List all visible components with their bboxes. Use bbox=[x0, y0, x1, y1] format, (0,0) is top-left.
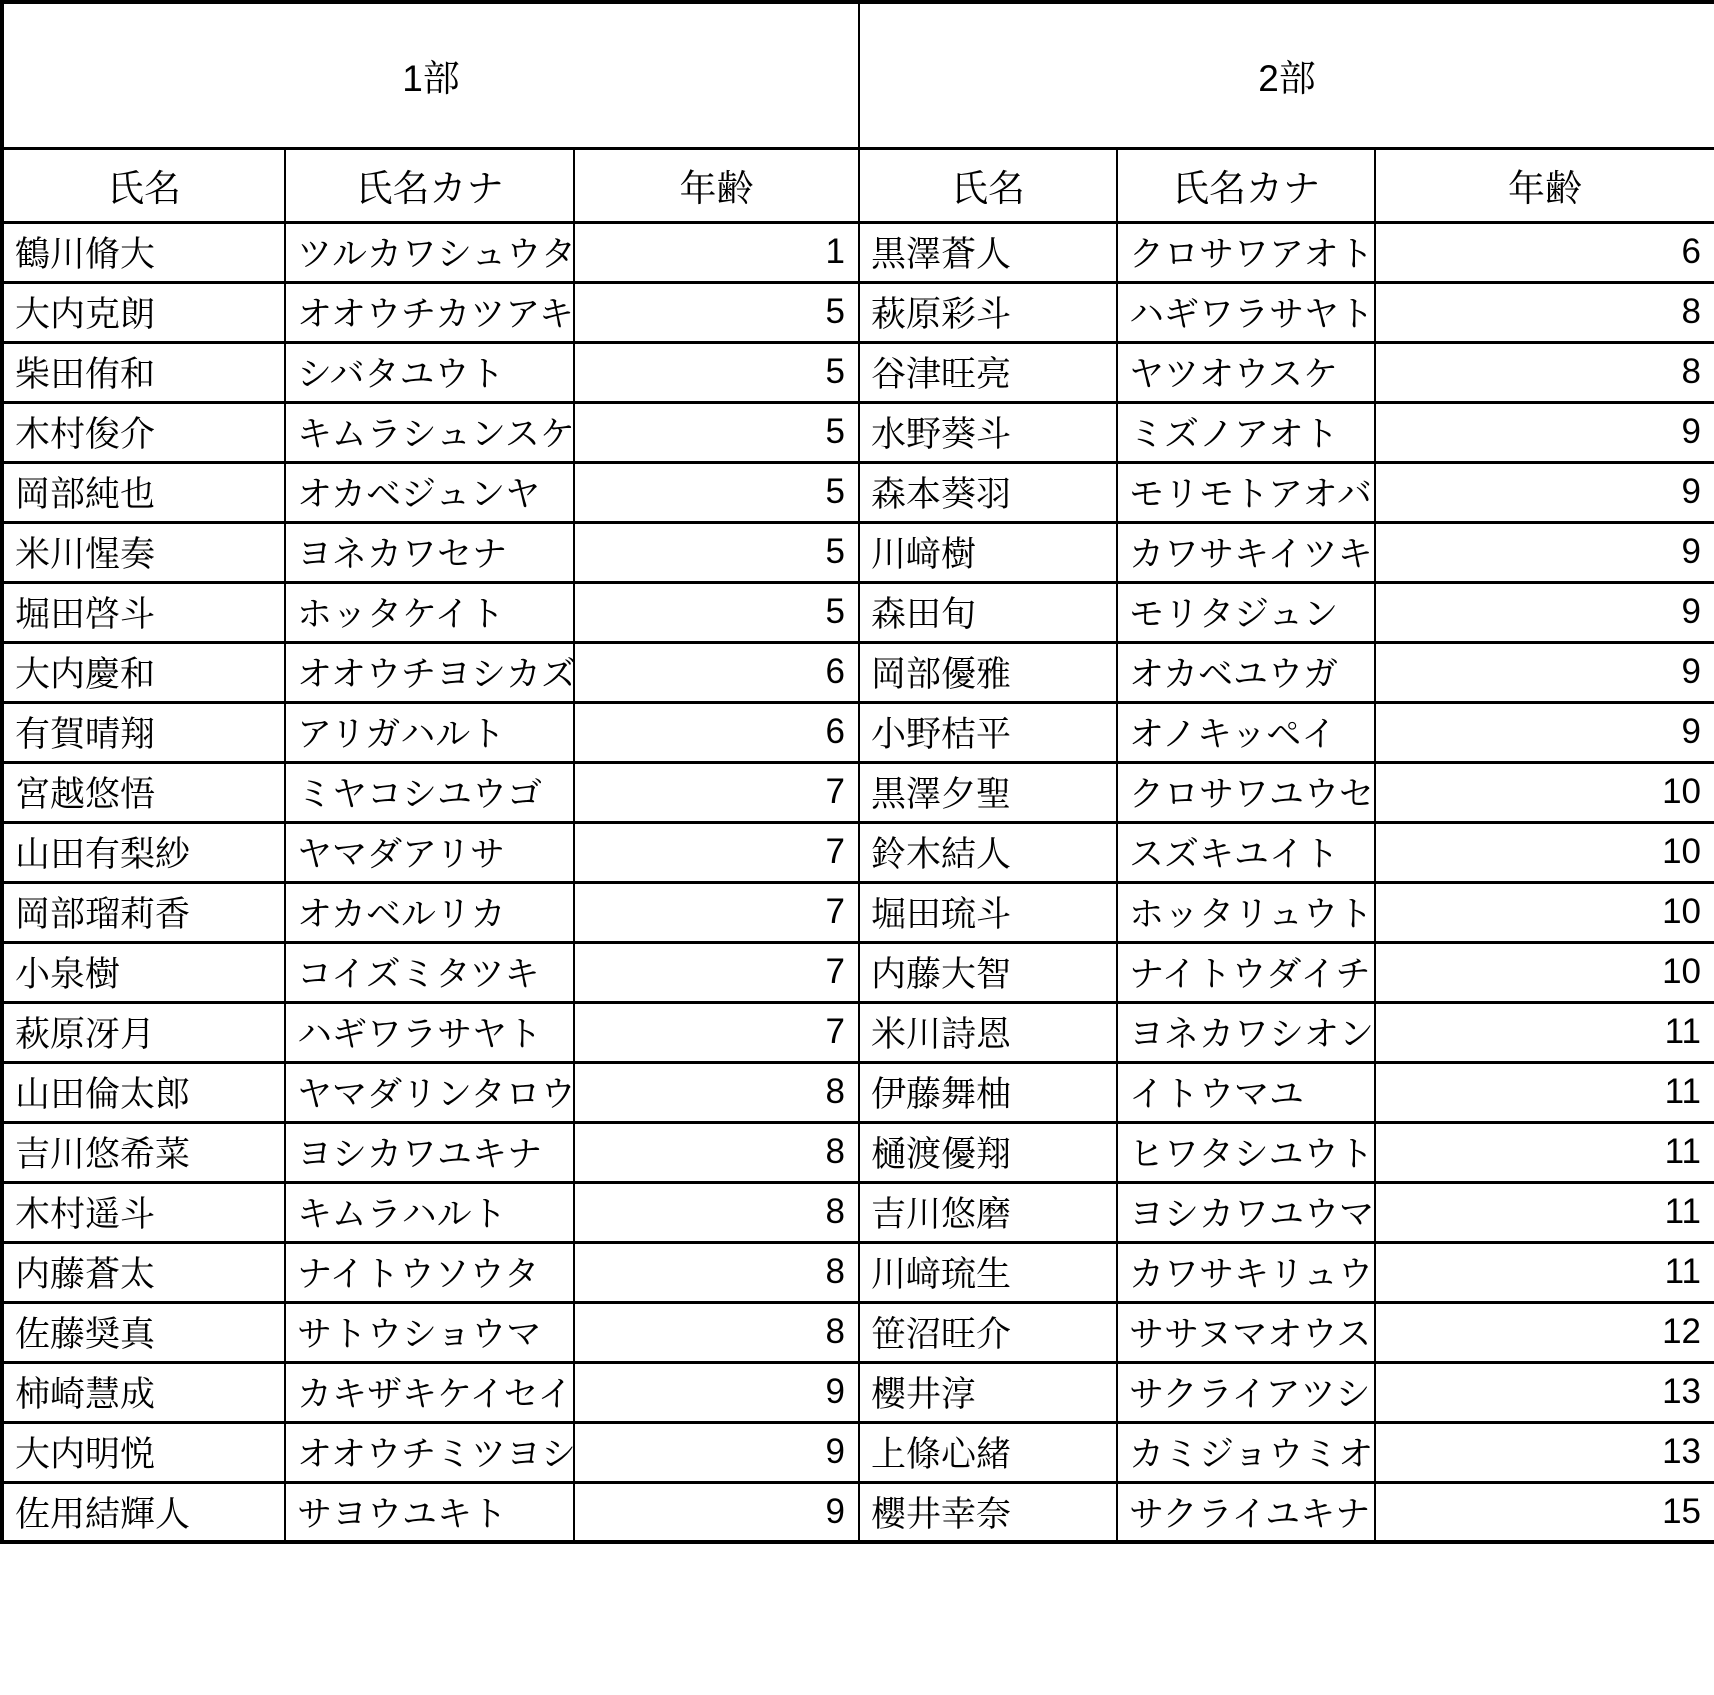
part1-age-cell: 8 bbox=[574, 1062, 859, 1122]
part2-kana-cell: スズキユイト bbox=[1117, 822, 1375, 882]
part1-kana-cell: サトウショウマ bbox=[285, 1302, 574, 1362]
part2-kana-cell: ナイトウダイチ bbox=[1117, 942, 1375, 1002]
part1-kana-cell: ハギワラサヤト bbox=[285, 1002, 574, 1062]
part1-age-cell: 8 bbox=[574, 1242, 859, 1302]
part2-kana-cell: ヤツオウスケ bbox=[1117, 342, 1375, 402]
part2-kana-cell: オカベユウガ bbox=[1117, 642, 1375, 702]
part2-kana-cell: ホッタリュウト bbox=[1117, 882, 1375, 942]
table-row: 柿崎慧成カキザキケイセイ9櫻井淳サクライアツシ13 bbox=[2, 1362, 1714, 1422]
table-row: 宮越悠悟ミヤコシユウゴ7黒澤夕聖クロサワユウセイ10 bbox=[2, 762, 1714, 822]
part2-kana-cell: サクライアツシ bbox=[1117, 1362, 1375, 1422]
part1-name-cell: 堀田啓斗 bbox=[2, 582, 285, 642]
part1-age-cell: 5 bbox=[574, 282, 859, 342]
table-row: 吉川悠希菜ヨシカワユキナ8樋渡優翔ヒワタシユウト11 bbox=[2, 1122, 1714, 1182]
part2-kana-cell: ミズノアオト bbox=[1117, 402, 1375, 462]
table-row: 岡部純也オカベジュンヤ5森本葵羽モリモトアオバ9 bbox=[2, 462, 1714, 522]
roster-table-header: 1部 2部 氏名 氏名カナ 年齢 氏名 氏名カナ 年齢 bbox=[2, 2, 1714, 222]
part1-kana-cell: ツルカワシュウタ bbox=[285, 222, 574, 282]
table-row: 木村遥斗キムラハルト8吉川悠磨ヨシカワユウマ11 bbox=[2, 1182, 1714, 1242]
part2-kana-cell: ヨネカワシオン bbox=[1117, 1002, 1375, 1062]
part1-kana-cell: ミヤコシユウゴ bbox=[285, 762, 574, 822]
part2-age-cell: 11 bbox=[1375, 1242, 1714, 1302]
part1-name-cell: 吉川悠希菜 bbox=[2, 1122, 285, 1182]
part1-kana-cell: キムラハルト bbox=[285, 1182, 574, 1242]
table-row: 山田有梨紗ヤマダアリサ7鈴木結人スズキユイト10 bbox=[2, 822, 1714, 882]
part2-age-cell: 10 bbox=[1375, 762, 1714, 822]
part2-age-cell: 10 bbox=[1375, 882, 1714, 942]
part1-age-cell: 7 bbox=[574, 822, 859, 882]
part2-name-cell: 川﨑樹 bbox=[859, 522, 1117, 582]
part1-kana-cell: カキザキケイセイ bbox=[285, 1362, 574, 1422]
table-row: 大内克朗オオウチカツアキ5萩原彩斗ハギワラサヤト8 bbox=[2, 282, 1714, 342]
part2-age-cell: 6 bbox=[1375, 222, 1714, 282]
part1-name-cell: 大内明悦 bbox=[2, 1422, 285, 1482]
part2-name-cell: 米川詩恩 bbox=[859, 1002, 1117, 1062]
part2-age-cell: 11 bbox=[1375, 1002, 1714, 1062]
part2-kana-cell: ヨシカワユウマ bbox=[1117, 1182, 1375, 1242]
table-row: 萩原冴月ハギワラサヤト7米川詩恩ヨネカワシオン11 bbox=[2, 1002, 1714, 1062]
part2-kana-cell: モリタジュン bbox=[1117, 582, 1375, 642]
part1-title: 1部 bbox=[2, 2, 859, 148]
part1-name-cell: 有賀晴翔 bbox=[2, 702, 285, 762]
table-row: 佐用結輝人サヨウユキト9櫻井幸奈サクライユキナ15 bbox=[2, 1482, 1714, 1542]
part1-age-cell: 5 bbox=[574, 522, 859, 582]
part1-age-cell: 8 bbox=[574, 1122, 859, 1182]
part2-name-cell: 内藤大智 bbox=[859, 942, 1117, 1002]
part1-kana-cell: アリガハルト bbox=[285, 702, 574, 762]
roster-table-body: 鶴川脩大ツルカワシュウタ1黒澤蒼人クロサワアオト6大内克朗オオウチカツアキ5萩原… bbox=[2, 222, 1714, 1542]
table-row: 米川惺奏ヨネカワセナ5川﨑樹カワサキイツキ9 bbox=[2, 522, 1714, 582]
part1-age-cell: 5 bbox=[574, 582, 859, 642]
part2-name-cell: 川﨑琉生 bbox=[859, 1242, 1117, 1302]
part2-kana-cell: サクライユキナ bbox=[1117, 1482, 1375, 1542]
part2-age-cell: 11 bbox=[1375, 1122, 1714, 1182]
part1-name-cell: 米川惺奏 bbox=[2, 522, 285, 582]
part2-name-cell: 櫻井幸奈 bbox=[859, 1482, 1117, 1542]
table-row: 佐藤奨真サトウショウマ8笹沼旺介ササヌマオウスケ12 bbox=[2, 1302, 1714, 1362]
part1-name-cell: 大内克朗 bbox=[2, 282, 285, 342]
part1-kana-cell: キムラシュンスケ bbox=[285, 402, 574, 462]
part2-age-cell: 10 bbox=[1375, 822, 1714, 882]
part1-kana-cell: ナイトウソウタ bbox=[285, 1242, 574, 1302]
part2-kana-cell: モリモトアオバ bbox=[1117, 462, 1375, 522]
part1-age-cell: 8 bbox=[574, 1182, 859, 1242]
part2-name-cell: 櫻井淳 bbox=[859, 1362, 1117, 1422]
part1-age-cell: 8 bbox=[574, 1302, 859, 1362]
part2-name-cell: 黒澤夕聖 bbox=[859, 762, 1117, 822]
part1-age-cell: 6 bbox=[574, 642, 859, 702]
part2-age-cell: 13 bbox=[1375, 1362, 1714, 1422]
part2-title: 2部 bbox=[859, 2, 1714, 148]
roster-table: 1部 2部 氏名 氏名カナ 年齢 氏名 氏名カナ 年齢 鶴川脩大ツルカワシュウタ… bbox=[0, 0, 1714, 1544]
part2-age-cell: 11 bbox=[1375, 1182, 1714, 1242]
part2-kana-cell: クロサワアオト bbox=[1117, 222, 1375, 282]
part1-age-cell: 7 bbox=[574, 942, 859, 1002]
part2-age-cell: 12 bbox=[1375, 1302, 1714, 1362]
part1-kana-cell: ヨネカワセナ bbox=[285, 522, 574, 582]
part2-kana-cell: カワサキイツキ bbox=[1117, 522, 1375, 582]
part2-age-cell: 9 bbox=[1375, 702, 1714, 762]
part1-kana-cell: シバタユウト bbox=[285, 342, 574, 402]
part2-age-cell: 9 bbox=[1375, 642, 1714, 702]
part1-name-cell: 内藤蒼太 bbox=[2, 1242, 285, 1302]
part1-name-cell: 山田有梨紗 bbox=[2, 822, 285, 882]
table-row: 柴田侑和シバタユウト5谷津旺亮ヤツオウスケ8 bbox=[2, 342, 1714, 402]
table-row: 堀田啓斗ホッタケイト5森田旬モリタジュン9 bbox=[2, 582, 1714, 642]
part2-kana-cell: カミジョウミオ bbox=[1117, 1422, 1375, 1482]
part2-kana-cell: カワサキリュウ bbox=[1117, 1242, 1375, 1302]
part2-kana-cell: ハギワラサヤト bbox=[1117, 282, 1375, 342]
part1-name-cell: 鶴川脩大 bbox=[2, 222, 285, 282]
part1-age-cell: 1 bbox=[574, 222, 859, 282]
part1-kana-cell: ホッタケイト bbox=[285, 582, 574, 642]
table-row: 有賀晴翔アリガハルト6小野桔平オノキッペイ9 bbox=[2, 702, 1714, 762]
part2-name-cell: 樋渡優翔 bbox=[859, 1122, 1117, 1182]
part1-name-cell: 柴田侑和 bbox=[2, 342, 285, 402]
part2-name-cell: 堀田琉斗 bbox=[859, 882, 1117, 942]
part2-kana-cell: ヒワタシユウト bbox=[1117, 1122, 1375, 1182]
part1-age-cell: 5 bbox=[574, 342, 859, 402]
part2-age-cell: 9 bbox=[1375, 522, 1714, 582]
column-header-row: 氏名 氏名カナ 年齢 氏名 氏名カナ 年齢 bbox=[2, 148, 1714, 222]
part1-kana-cell: ヤマダリンタロウ bbox=[285, 1062, 574, 1122]
part2-age-cell: 9 bbox=[1375, 582, 1714, 642]
part2-age-cell: 11 bbox=[1375, 1062, 1714, 1122]
part2-age-cell: 13 bbox=[1375, 1422, 1714, 1482]
part2-name-cell: 萩原彩斗 bbox=[859, 282, 1117, 342]
table-row: 木村俊介キムラシュンスケ5水野葵斗ミズノアオト9 bbox=[2, 402, 1714, 462]
part1-name-cell: 木村遥斗 bbox=[2, 1182, 285, 1242]
part1-age-cell: 5 bbox=[574, 402, 859, 462]
part2-age-header: 年齢 bbox=[1375, 148, 1714, 222]
part2-name-cell: 森本葵羽 bbox=[859, 462, 1117, 522]
table-row: 岡部瑠莉香オカベルリカ7堀田琉斗ホッタリュウト10 bbox=[2, 882, 1714, 942]
part2-name-cell: 上條心緒 bbox=[859, 1422, 1117, 1482]
part2-kana-cell: クロサワユウセイ bbox=[1117, 762, 1375, 822]
table-row: 小泉樹コイズミタツキ7内藤大智ナイトウダイチ10 bbox=[2, 942, 1714, 1002]
part1-age-cell: 9 bbox=[574, 1482, 859, 1542]
part1-name-cell: 佐用結輝人 bbox=[2, 1482, 285, 1542]
part2-age-cell: 15 bbox=[1375, 1482, 1714, 1542]
part1-kana-cell: オオウチミツヨシ bbox=[285, 1422, 574, 1482]
part1-name-cell: 山田倫太郎 bbox=[2, 1062, 285, 1122]
part1-age-cell: 7 bbox=[574, 882, 859, 942]
part2-age-cell: 8 bbox=[1375, 282, 1714, 342]
part2-name-cell: 水野葵斗 bbox=[859, 402, 1117, 462]
part1-name-cell: 木村俊介 bbox=[2, 402, 285, 462]
part2-name-cell: 谷津旺亮 bbox=[859, 342, 1117, 402]
part1-name-cell: 大内慶和 bbox=[2, 642, 285, 702]
part1-name-header: 氏名 bbox=[2, 148, 285, 222]
part2-age-cell: 8 bbox=[1375, 342, 1714, 402]
part1-kana-cell: ヤマダアリサ bbox=[285, 822, 574, 882]
table-row: 大内慶和オオウチヨシカズ6岡部優雅オカベユウガ9 bbox=[2, 642, 1714, 702]
part1-age-cell: 9 bbox=[574, 1422, 859, 1482]
part-title-row: 1部 2部 bbox=[2, 2, 1714, 148]
part2-kana-cell: オノキッペイ bbox=[1117, 702, 1375, 762]
part2-name-cell: 笹沼旺介 bbox=[859, 1302, 1117, 1362]
part1-kana-cell: オカベルリカ bbox=[285, 882, 574, 942]
part2-name-cell: 伊藤舞柚 bbox=[859, 1062, 1117, 1122]
part2-name-cell: 森田旬 bbox=[859, 582, 1117, 642]
part1-name-cell: 宮越悠悟 bbox=[2, 762, 285, 822]
part1-age-cell: 7 bbox=[574, 762, 859, 822]
part2-age-cell: 10 bbox=[1375, 942, 1714, 1002]
table-row: 大内明悦オオウチミツヨシ9上條心緒カミジョウミオ13 bbox=[2, 1422, 1714, 1482]
part1-name-cell: 佐藤奨真 bbox=[2, 1302, 285, 1362]
part1-kana-cell: オオウチカツアキ bbox=[285, 282, 574, 342]
part2-kana-header: 氏名カナ bbox=[1117, 148, 1375, 222]
part1-kana-header: 氏名カナ bbox=[285, 148, 574, 222]
part1-kana-cell: ヨシカワユキナ bbox=[285, 1122, 574, 1182]
part1-age-cell: 9 bbox=[574, 1362, 859, 1422]
part2-name-header: 氏名 bbox=[859, 148, 1117, 222]
part2-name-cell: 鈴木結人 bbox=[859, 822, 1117, 882]
part1-name-cell: 岡部瑠莉香 bbox=[2, 882, 285, 942]
part1-name-cell: 萩原冴月 bbox=[2, 1002, 285, 1062]
table-row: 鶴川脩大ツルカワシュウタ1黒澤蒼人クロサワアオト6 bbox=[2, 222, 1714, 282]
part1-age-cell: 7 bbox=[574, 1002, 859, 1062]
part1-kana-cell: コイズミタツキ bbox=[285, 942, 574, 1002]
part1-kana-cell: オカベジュンヤ bbox=[285, 462, 574, 522]
part2-name-cell: 小野桔平 bbox=[859, 702, 1117, 762]
table-row: 内藤蒼太ナイトウソウタ8川﨑琉生カワサキリュウ11 bbox=[2, 1242, 1714, 1302]
part2-name-cell: 黒澤蒼人 bbox=[859, 222, 1117, 282]
part1-age-cell: 6 bbox=[574, 702, 859, 762]
part2-name-cell: 吉川悠磨 bbox=[859, 1182, 1117, 1242]
part2-kana-cell: ササヌマオウスケ bbox=[1117, 1302, 1375, 1362]
part1-age-header: 年齢 bbox=[574, 148, 859, 222]
part1-name-cell: 柿崎慧成 bbox=[2, 1362, 285, 1422]
table-row: 山田倫太郎ヤマダリンタロウ8伊藤舞柚イトウマユ11 bbox=[2, 1062, 1714, 1122]
part2-age-cell: 9 bbox=[1375, 402, 1714, 462]
part2-kana-cell: イトウマユ bbox=[1117, 1062, 1375, 1122]
part2-age-cell: 9 bbox=[1375, 462, 1714, 522]
part1-name-cell: 小泉樹 bbox=[2, 942, 285, 1002]
part1-kana-cell: オオウチヨシカズ bbox=[285, 642, 574, 702]
part1-name-cell: 岡部純也 bbox=[2, 462, 285, 522]
part1-age-cell: 5 bbox=[574, 462, 859, 522]
part2-name-cell: 岡部優雅 bbox=[859, 642, 1117, 702]
part1-kana-cell: サヨウユキト bbox=[285, 1482, 574, 1542]
